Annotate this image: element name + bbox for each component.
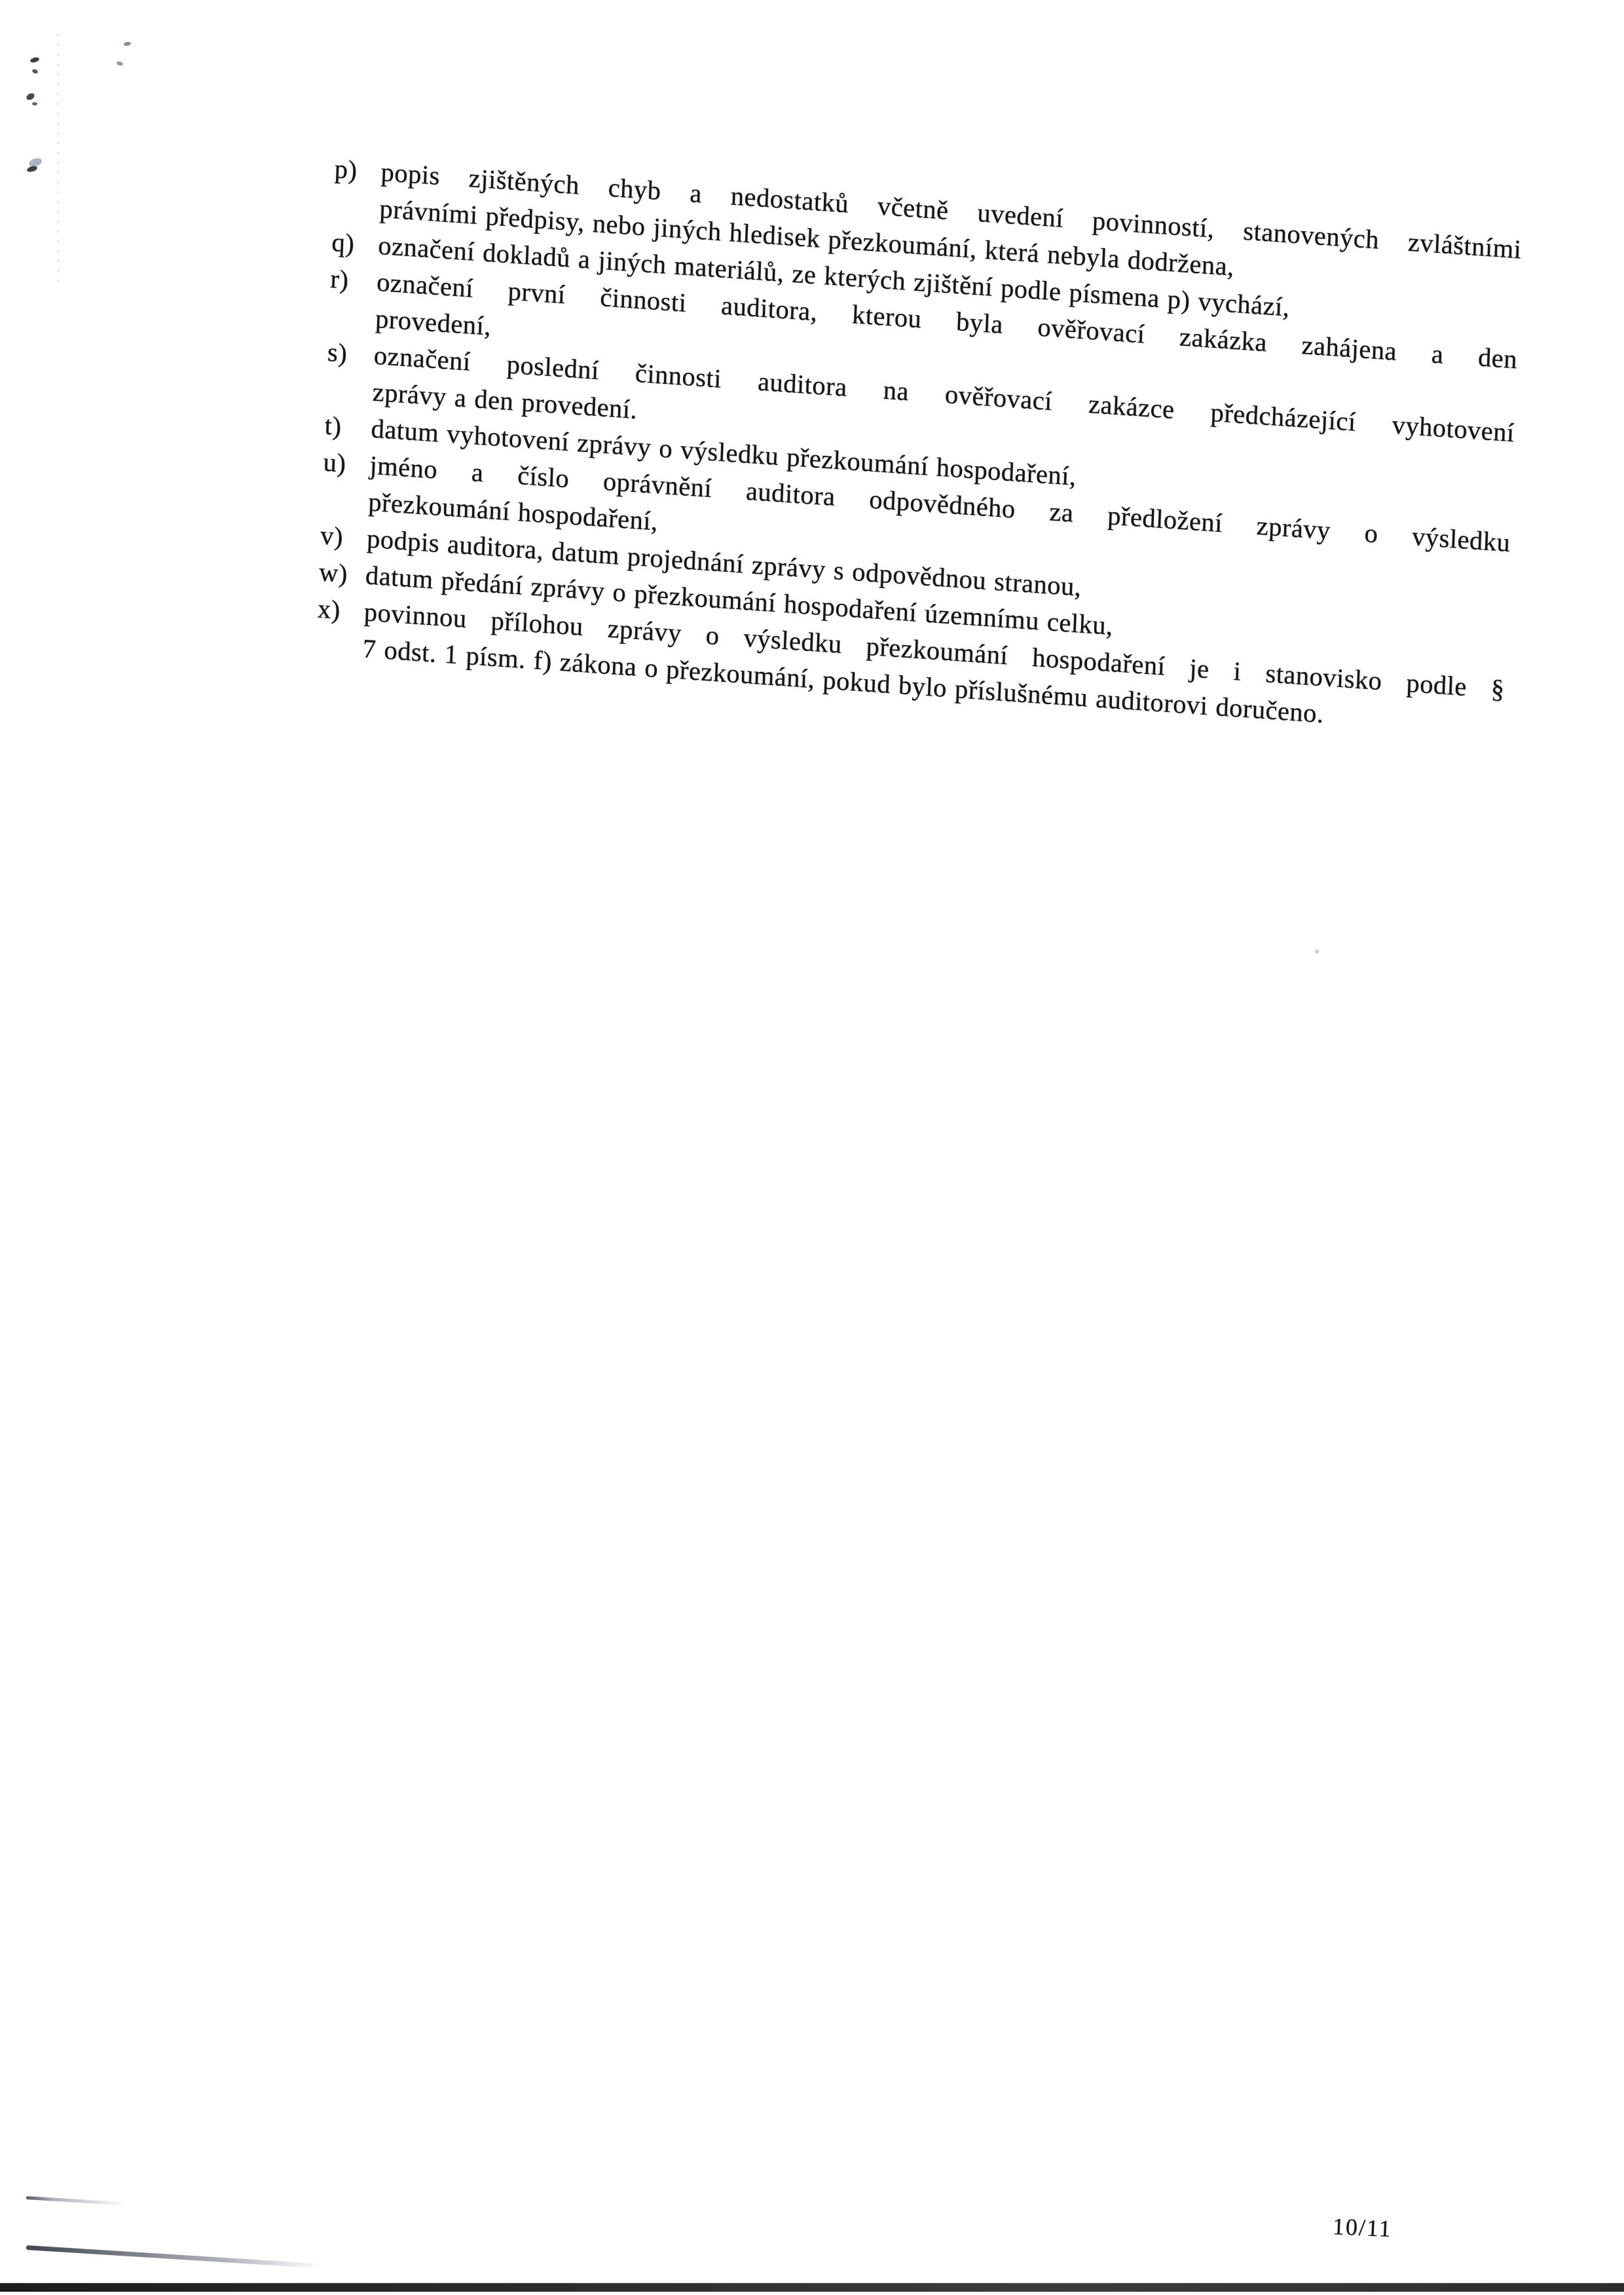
list-item-marker: u) xyxy=(322,444,371,521)
scan-speck xyxy=(116,61,123,66)
list-item-marker: t) xyxy=(324,407,372,447)
list-item-marker: v) xyxy=(320,517,367,557)
scan-speck xyxy=(26,165,38,173)
list-item-marker: x) xyxy=(316,591,365,667)
list-item-marker: r) xyxy=(328,261,377,337)
scan-speck xyxy=(32,102,37,105)
list-item-marker: p) xyxy=(333,151,382,227)
scan-smudge-line-long xyxy=(26,2245,322,2268)
list-item-marker: w) xyxy=(318,554,366,594)
scan-speck xyxy=(1315,950,1319,954)
scan-speck xyxy=(29,56,39,63)
page-number: 10/11 xyxy=(1332,2212,1392,2243)
scan-speck xyxy=(124,41,132,47)
scan-speck xyxy=(31,69,39,75)
scanned-document-page: p)popis zjištěných chyb a nedostatků vče… xyxy=(0,0,1624,2295)
list-section: p)popis zjištěných chyb a nedostatků vče… xyxy=(316,151,1522,745)
list-item-marker: q) xyxy=(331,224,379,264)
scan-bottom-edge xyxy=(0,2283,1624,2292)
scan-dotted-hairline xyxy=(58,34,59,283)
scan-speck xyxy=(26,92,36,101)
scan-smudge-line-short xyxy=(26,2196,126,2206)
list-item-marker: s) xyxy=(325,334,375,411)
